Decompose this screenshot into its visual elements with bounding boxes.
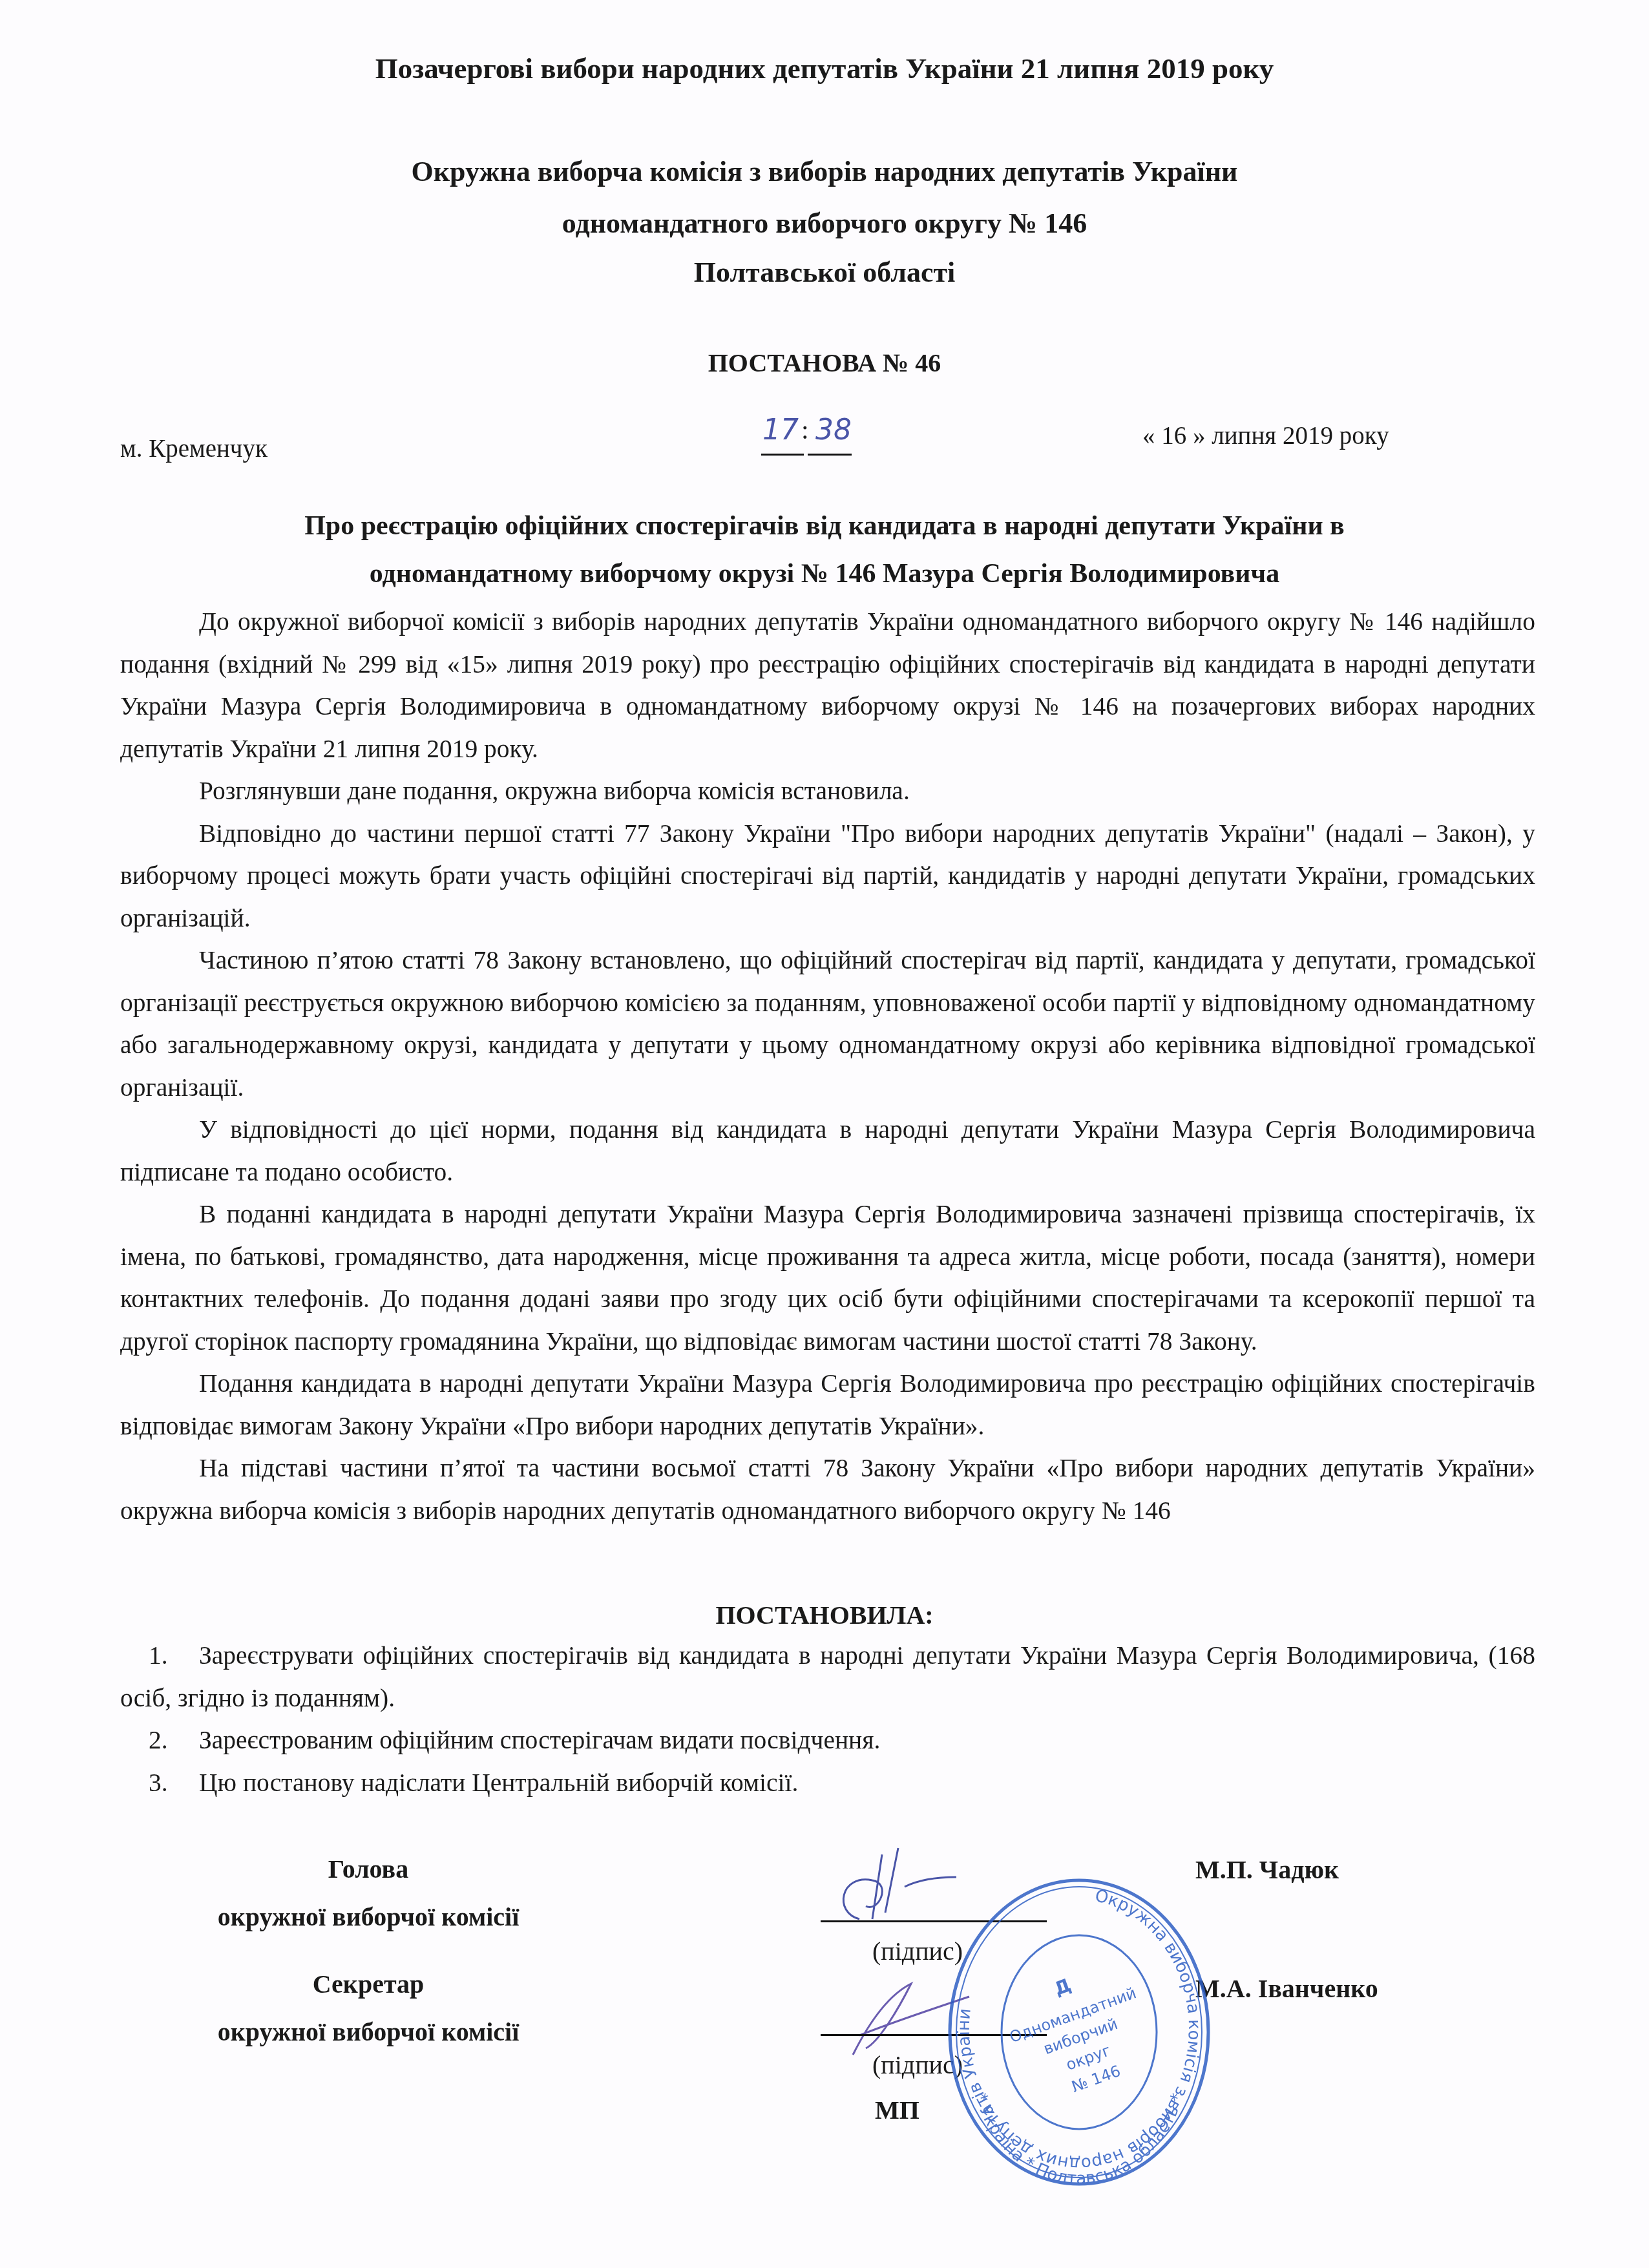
paragraph-submission-contents: В поданні кандидата в народні депутати У… xyxy=(120,1193,1535,1363)
time-hours-underline xyxy=(761,454,804,456)
resolution-date: « 16 » липня 2019 року xyxy=(1142,421,1389,450)
paragraph-legal-basis: На підставі частини п’ятої та частини во… xyxy=(120,1447,1535,1532)
decision-list: 1.Зареєструвати офіційних спостерігачів … xyxy=(120,1635,1535,1804)
handwritten-time-minutes: 38 xyxy=(815,414,852,446)
decision-item-text: Зареєстрованим офіційним спостерігачам в… xyxy=(199,1726,880,1754)
commission-name-line1: Окружна виборча комісія з виборів народн… xyxy=(0,155,1649,188)
paragraph-submission: До окружної виборчої комісії з виборів н… xyxy=(120,601,1535,770)
decision-item-text: Цю постанову надіслати Центральній вибор… xyxy=(199,1769,798,1797)
secretary-role-line2: окружної виборчої комісії xyxy=(187,2008,549,2056)
secretary-role: Секретар окружної виборчої комісії xyxy=(187,1960,549,2056)
paragraph-law-compliance: Подання кандидата в народні депутати Укр… xyxy=(120,1363,1535,1447)
official-stamp-icon: Д Одномандатний виборчий округ № 146 Окр… xyxy=(930,1861,1228,2203)
decision-item-number: 3. xyxy=(149,1762,168,1805)
resolution-body: До окружної виборчої комісії з виборів н… xyxy=(120,601,1535,1532)
paragraph-article-77: Відповідно до частини першої статті 77 З… xyxy=(120,813,1535,940)
decision-item-2: 2.Зареєстрованим офіційним спостерігачам… xyxy=(120,1719,1535,1762)
subject-line1: Про реєстрацію офіційних спостерігачів в… xyxy=(0,510,1649,541)
stamp-letter: Д xyxy=(1051,1974,1074,2000)
commission-name-line2: одномандатного виборчого округу № 146 xyxy=(0,207,1649,240)
paragraph-review: Розглянувши дане подання, окружна виборч… xyxy=(120,770,1535,813)
document-page: Позачергові вибори народних депутатів Ук… xyxy=(0,0,1649,2268)
decision-item-1: 1.Зареєструвати офіційних спостерігачів … xyxy=(120,1635,1535,1719)
handwritten-time-hours: 17 xyxy=(762,414,799,446)
chair-role-line1: Голова xyxy=(187,1845,549,1893)
commission-name-line3: Полтавської області xyxy=(0,256,1649,289)
chair-role-line2: окружної виборчої комісії xyxy=(187,1893,549,1941)
decision-item-number: 2. xyxy=(149,1719,168,1762)
stamp-bottom-text: * Україна * Полтавська область * xyxy=(971,2091,1188,2189)
decision-item-text: Зареєструвати офіційних спостерігачів ві… xyxy=(120,1641,1535,1712)
chair-role: Голова окружної виборчої комісії xyxy=(187,1845,549,1941)
secretary-role-line1: Секретар xyxy=(187,1960,549,2008)
paragraph-norm-compliance: У відповідності до цієї норми, подання в… xyxy=(120,1109,1535,1193)
decision-item-number: 1. xyxy=(149,1635,168,1677)
decision-heading: ПОСТАНОВИЛА: xyxy=(0,1600,1649,1630)
subject-line2: одномандатному виборчому окрузі № 146 Ма… xyxy=(0,558,1649,589)
decision-item-3: 3.Цю постанову надіслати Центральній виб… xyxy=(120,1762,1535,1805)
resolution-title: ПОСТАНОВА № 46 xyxy=(0,348,1649,378)
time-separator: : xyxy=(801,415,809,446)
time-minutes-underline xyxy=(808,454,852,456)
seal-place-mark: МП xyxy=(875,2095,919,2125)
paragraph-article-78-part5: Частиною п’ятою статті 78 Закону встанов… xyxy=(120,940,1535,1109)
city: м. Кременчук xyxy=(120,434,268,463)
election-title: Позачергові вибори народних депутатів Ук… xyxy=(0,52,1649,85)
